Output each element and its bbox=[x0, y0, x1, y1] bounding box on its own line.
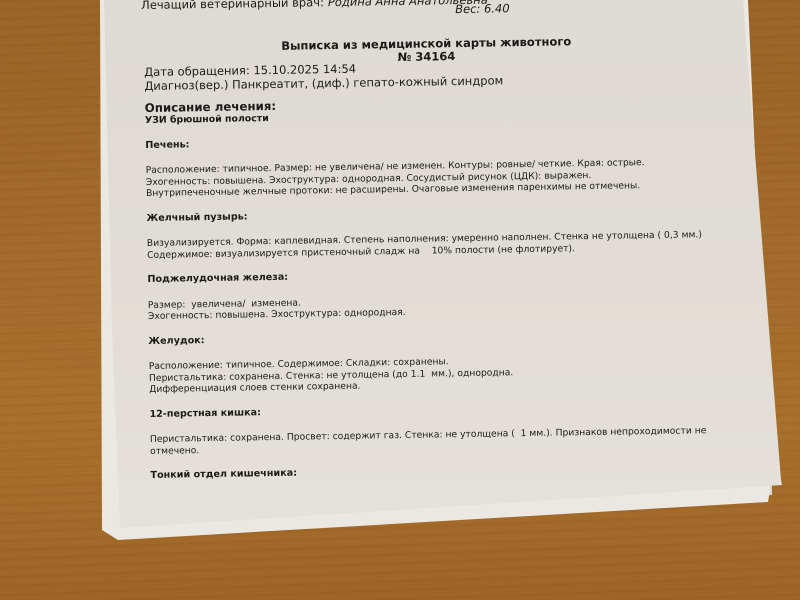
treatment-description: Описание лечения: УЗИ брюшной полости Пе… bbox=[145, 92, 771, 495]
exam-section: Желудок:Расположение: типичное. Содержим… bbox=[148, 326, 769, 396]
exam-section: 12-перстная кишка:Перистальтика: сохране… bbox=[149, 399, 770, 457]
exam-section: Тонкий отдел кишечника: bbox=[150, 460, 770, 481]
section-line: Перистальтика: сохранена. Просвет: содер… bbox=[150, 425, 710, 457]
section-heading: Поджелудочная железа: bbox=[147, 264, 767, 285]
section-heading: Желудок: bbox=[148, 326, 768, 347]
section-heading: 12-перстная кишка: bbox=[149, 399, 769, 420]
section-heading: Печень: bbox=[145, 130, 765, 151]
section-heading: Тонкий отдел кишечника: bbox=[150, 460, 770, 481]
exam-section: Поджелудочная железа:Размер: увеличена/ … bbox=[147, 264, 768, 322]
paper-stack: Лечащий ветеринарный врач:Родина Анна Ан… bbox=[0, 0, 800, 600]
exam-section: Печень:Расположение: типичное. Размер: н… bbox=[145, 130, 766, 200]
pet-weight: Вес: 6.40 bbox=[455, 0, 640, 17]
doctor-label: Лечащий ветеринарный врач: bbox=[141, 0, 324, 12]
pet-info: Пол: М, возраст: 5 л. 10 м. 2 н. Вес: 6.… bbox=[455, 0, 640, 17]
doctor-row: Лечащий ветеринарный врач:Родина Анна Ан… bbox=[141, 0, 488, 12]
exam-section: Желчный пузырь:Визуализируется. Форма: к… bbox=[146, 203, 767, 261]
exam-sections: Печень:Расположение: типичное. Размер: н… bbox=[145, 130, 770, 482]
visit-meta: Дата обращения: 15.10.2025 14:54 Диагноз… bbox=[144, 59, 503, 93]
section-heading: Желчный пузырь: bbox=[146, 203, 766, 224]
